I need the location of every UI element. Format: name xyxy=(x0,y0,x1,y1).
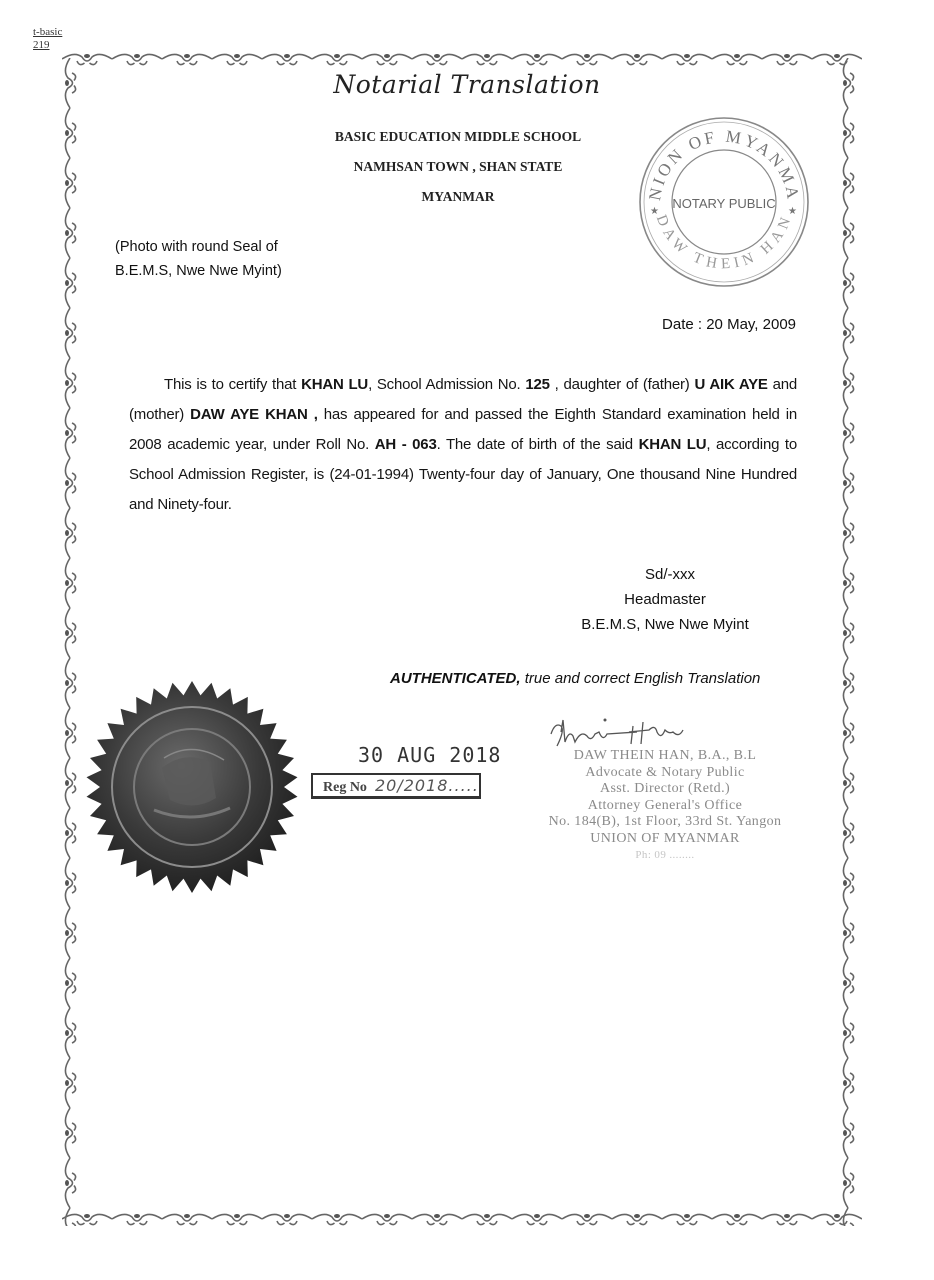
ornamental-border-right xyxy=(836,58,860,1226)
signatory-school: B.E.M.S, Nwe Nwe Myint xyxy=(540,612,790,637)
svg-text:DAW THEIN HAN: DAW THEIN HAN xyxy=(653,213,795,273)
photo-note-line1: (Photo with round Seal of xyxy=(115,235,282,259)
document-date: Date : 20 May, 2009 xyxy=(662,316,796,333)
admission-number: 125 xyxy=(525,376,549,393)
signature-mark: Sd/-xxx xyxy=(540,562,790,587)
notary-title: Advocate & Notary Public xyxy=(510,765,820,782)
roll-number: AH - 063 xyxy=(375,436,437,453)
school-name: BASIC EDUCATION MIDDLE SCHOOL xyxy=(300,128,616,158)
notary-address: No. 184(B), 1st Floor, 33rd St. Yangon xyxy=(510,814,820,831)
body-text: , School Admission No. xyxy=(368,376,525,393)
notary-former-role: Asst. Director (Retd.) xyxy=(510,781,820,798)
notary-country: UNION OF MYANMAR xyxy=(510,831,820,848)
corner-reference-line2: 219 xyxy=(33,39,62,52)
registration-number-box: Reg No20/2018...... xyxy=(311,773,481,799)
corner-reference-line1: t-basic xyxy=(33,26,62,39)
photo-note-line2: B.E.M.S, Nwe Nwe Myint) xyxy=(115,259,282,283)
school-town: NAMHSAN TOWN , SHAN STATE xyxy=(300,158,616,188)
certification-paragraph: This is to certify that KHAN LU, School … xyxy=(129,370,797,520)
authentication-text: true and correct English Translation xyxy=(521,670,761,687)
student-name: KHAN LU xyxy=(301,376,368,393)
authentication-statement: AUTHENTICATED, true and correct English … xyxy=(390,670,760,687)
stamp-center-text: NOTARY PUBLIC xyxy=(672,196,775,211)
notary-name: DAW THEIN HAN, B.A., B.L xyxy=(510,748,820,765)
svg-text:UNION OF MYANMAR: UNION OF MYANMAR xyxy=(636,114,803,203)
ornamental-border-bottom xyxy=(62,1208,862,1230)
notary-office: Attorney General's Office xyxy=(510,798,820,815)
father-name: U AIK AYE xyxy=(694,376,767,393)
school-country: MYANMAR xyxy=(300,188,616,218)
body-text: This is to certify that xyxy=(164,376,301,393)
body-text: . The date of birth of the said xyxy=(437,436,639,453)
authenticated-label: AUTHENTICATED, xyxy=(390,670,521,687)
headmaster-signature-block: Sd/-xxx Headmaster B.E.M.S, Nwe Nwe Myin… xyxy=(540,562,790,637)
corner-reference: t-basic 219 xyxy=(33,26,62,52)
registration-value: 20/2018...... xyxy=(375,776,481,795)
notary-details: DAW THEIN HAN, B.A., B.L Advocate & Nota… xyxy=(510,748,820,864)
body-text: , daughter of (father) xyxy=(550,376,695,393)
signatory-role: Headmaster xyxy=(540,587,790,612)
registration-label: Reg No xyxy=(323,780,367,795)
student-name: KHAN LU xyxy=(639,436,707,453)
embossed-notary-seal xyxy=(84,680,300,894)
notary-public-stamp: UNION OF MYANMAR DAW THEIN HAN NOTARY PU… xyxy=(636,114,812,290)
stamp-ring-text: UNION OF MYANMAR xyxy=(636,114,803,203)
mother-name: DAW AYE KHAN , xyxy=(190,406,318,423)
stamp-date: 30 AUG 2018 xyxy=(358,743,501,767)
stamp-bottom-text: DAW THEIN HAN xyxy=(653,213,795,273)
stamp-star-icon: ★ xyxy=(650,206,659,217)
ornamental-border-left xyxy=(58,58,82,1226)
notary-phone: Ph: 09 ........ xyxy=(510,847,820,864)
ornamental-border-top xyxy=(62,48,862,70)
photo-note: (Photo with round Seal of B.E.M.S, Nwe N… xyxy=(115,235,282,283)
notary-handwritten-signature xyxy=(545,712,705,752)
school-header: BASIC EDUCATION MIDDLE SCHOOL NAMHSAN TO… xyxy=(300,128,616,218)
document-title: Notarial Translation xyxy=(0,70,934,99)
stamp-star-icon: ★ xyxy=(788,206,797,217)
